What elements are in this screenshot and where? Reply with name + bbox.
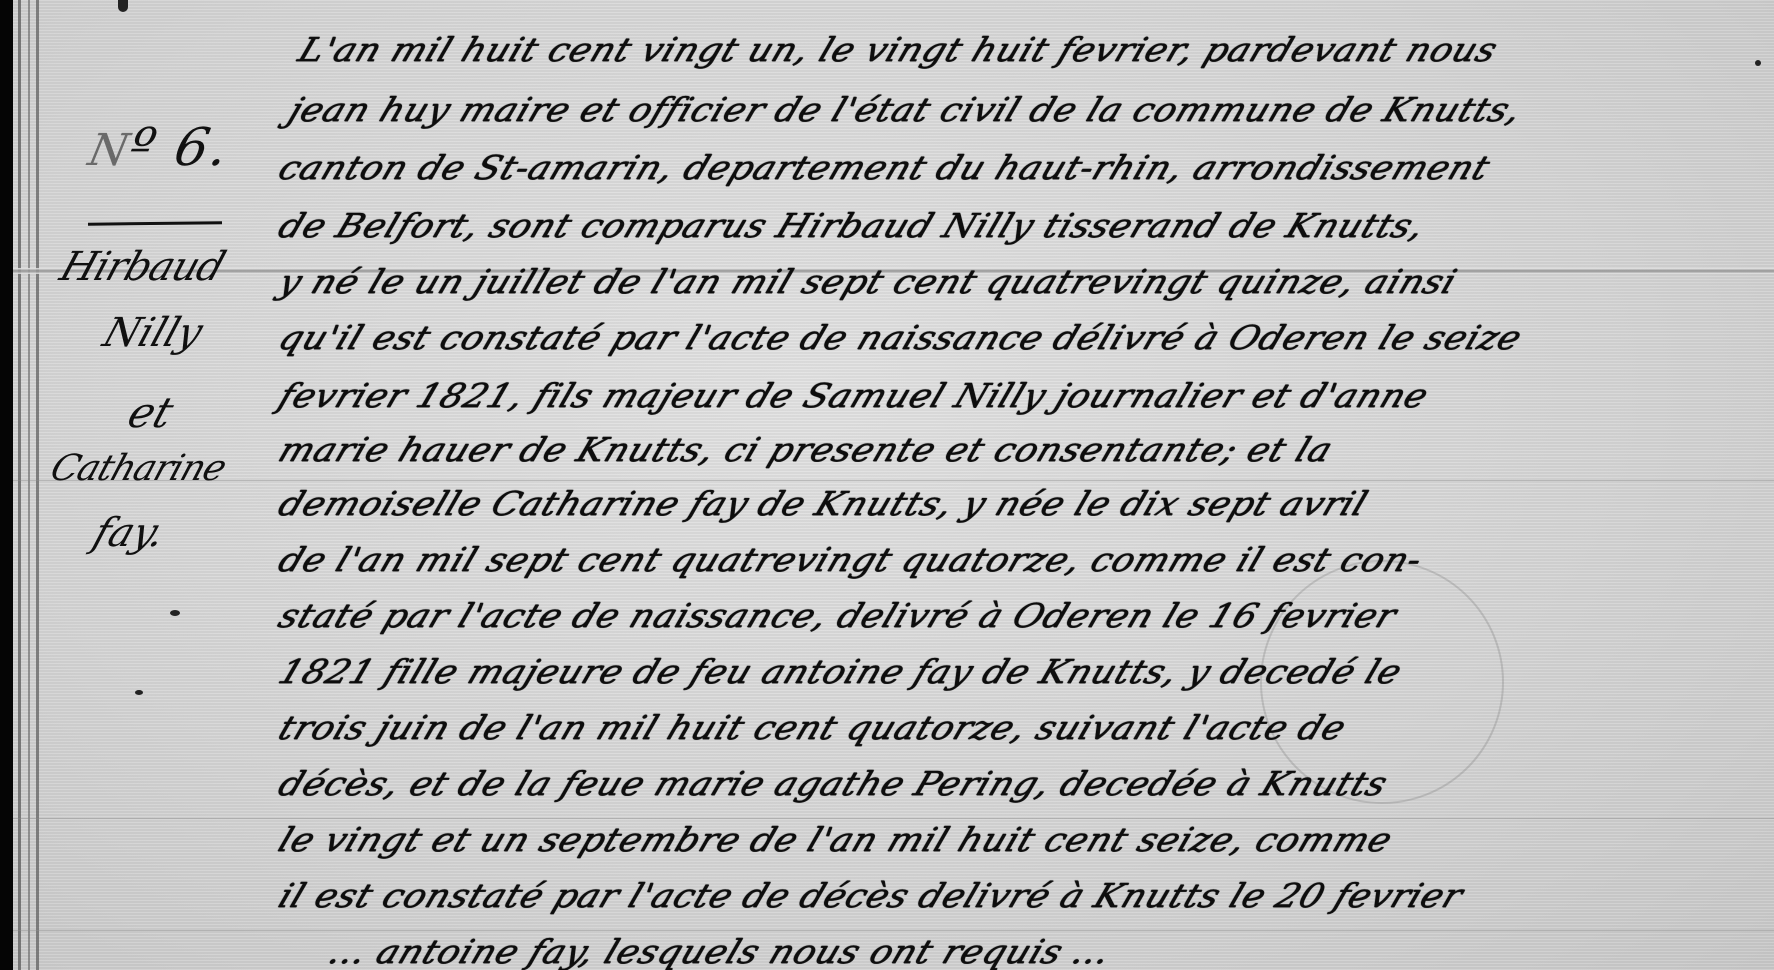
entry-number: Nº 6. <box>84 118 236 178</box>
record-line-13: trois juin de l'an mil huit cent quatorz… <box>273 710 1351 748</box>
record-line-17: ... antoine fay, lesquels nous ont requi… <box>323 934 1116 970</box>
margin-bride-surname: fay. <box>88 510 172 556</box>
record-line-4: de Belfort, sont comparus Hirbaud Nilly … <box>273 208 1430 246</box>
margin-rule-outer <box>18 0 21 970</box>
margin-groom-surname: Nilly <box>98 310 209 356</box>
record-line-7: fevrier 1821, fils majeur de Samuel Nill… <box>273 378 1434 416</box>
margin-rule-middle <box>28 0 30 970</box>
margin-rule-inner <box>36 0 39 970</box>
margin-bride-firstname: Catharine <box>45 448 231 489</box>
scan-black-edge <box>0 0 13 970</box>
record-line-3: canton de St-amarin, departement du haut… <box>273 150 1495 188</box>
record-line-12: 1821 fille majeure de feu antoine fay de… <box>273 654 1407 692</box>
record-line-5: y né le un juillet de l'an mil sept cent… <box>273 264 1462 302</box>
record-line-9: demoiselle Catharine fay de Knutts, y né… <box>273 486 1373 524</box>
record-line-2: jean huy maire et officier de l'état civ… <box>283 92 1527 130</box>
record-line-8: marie hauer de Knutts, ci presente et co… <box>273 432 1338 470</box>
record-line-11: staté par l'acte de naissance, delivré à… <box>273 598 1401 636</box>
entry-number-value: º 6. <box>124 118 235 178</box>
record-line-10: de l'an mil sept cent quatrevingt quator… <box>273 542 1428 580</box>
record-line-1: L'an mil huit cent vingt un, le vingt hu… <box>293 32 1503 70</box>
record-line-6: qu'il est constaté par l'acte de naissan… <box>273 320 1527 358</box>
record-line-14: décès, et de la feue marie agathe Pering… <box>273 766 1393 804</box>
margin-groom-firstname: Hirbaud <box>55 244 231 290</box>
ink-speck <box>1755 60 1761 66</box>
record-line-15: le vingt et un septembre de l'an mil hui… <box>273 822 1397 860</box>
scanned-register-page: Nº 6. Hirbaud Nilly et Catharine fay. L'… <box>0 0 1774 970</box>
record-line-16: il est constaté par l'acte de décès deli… <box>273 878 1468 916</box>
